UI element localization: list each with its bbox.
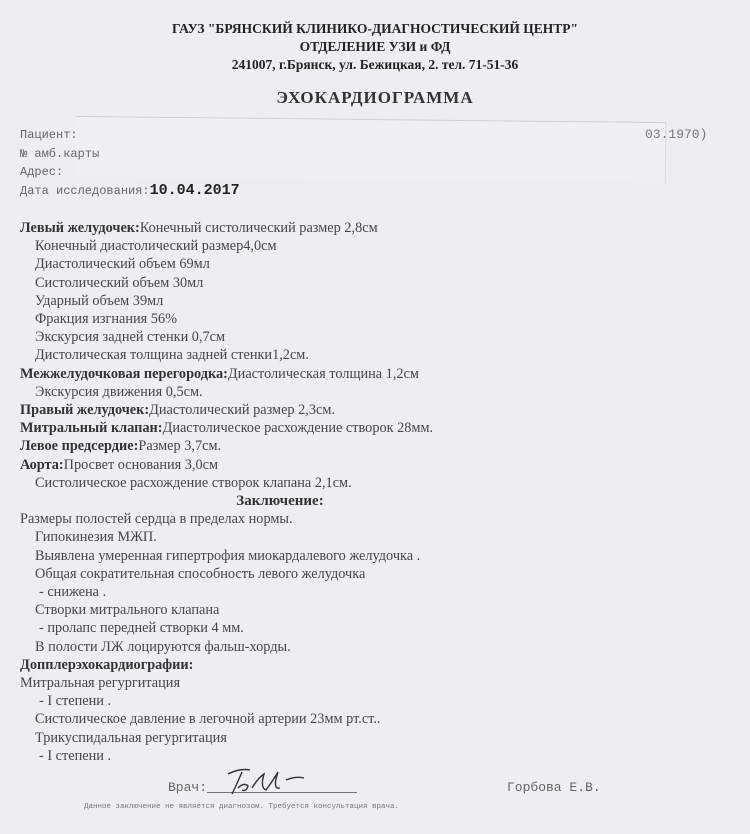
- lv-item: Систолический объем 30мл: [20, 274, 540, 292]
- handwritten-signature-icon: [220, 764, 330, 798]
- report-body: Левый желудочек:Конечный систолический р…: [20, 219, 540, 765]
- ivs-section: Межжелудочковая перегородка:Диастолическ…: [20, 365, 540, 383]
- doctor-label: Врач:: [168, 780, 207, 795]
- dob-visible-tail: 03.1970): [645, 127, 707, 142]
- conclusion-line: - пролапс передней створки 4 мм.: [20, 619, 540, 637]
- org-address: 241007, г.Брянск, ул. Бежицкая, 2. тел. …: [0, 56, 750, 74]
- lv-section: Левый желудочек:Конечный систолический р…: [20, 219, 540, 237]
- doctor-name: Горбова Е.В.: [507, 780, 601, 795]
- doppler-line: - I степени .: [20, 692, 540, 710]
- study-date-label: Дата исследования:: [20, 182, 150, 201]
- conclusion-title: Заключение:: [20, 492, 540, 510]
- conclusion-line: - снижена .: [20, 583, 540, 601]
- conclusion-line: Общая сократительная способность левого …: [20, 565, 540, 583]
- document-header: ГАУЗ "БРЯНСКИЙ КЛИНИКО-ДИАГНОСТИЧЕСКИЙ Ц…: [0, 20, 750, 74]
- department: ОТДЕЛЕНИЕ УЗИ и ФД: [0, 38, 750, 56]
- aorta-item: Систолическое расхождение створок клапан…: [20, 474, 540, 492]
- lv-item: Дистолическая толщина задней стенки1,2см…: [20, 346, 540, 364]
- study-date-value: 10.04.2017: [150, 182, 240, 199]
- rv-section: Правый желудочек:Диастолический размер 2…: [20, 401, 540, 419]
- org-name: ГАУЗ "БРЯНСКИЙ КЛИНИКО-ДИАГНОСТИЧЕСКИЙ Ц…: [0, 20, 750, 38]
- address-label: Адрес:: [20, 163, 63, 182]
- doppler-line: - I степени .: [20, 747, 540, 765]
- patient-label: Пациент:: [20, 126, 78, 145]
- lv-item: Фракция изгнания 56%: [20, 310, 540, 328]
- conclusion-line: Гипокинезия МЖП.: [20, 528, 540, 546]
- patient-info: Пациент: № амб.карты Адрес: Дата исследо…: [20, 126, 240, 200]
- doppler-title: Допплерэхокардиографии:: [20, 657, 193, 673]
- lv-item: Ударный объем 39мл: [20, 292, 540, 310]
- la-section: Левое предсердие:Размер 3,7см.: [20, 437, 540, 455]
- document-title: ЭХОКАРДИОГРАММА: [0, 88, 750, 108]
- mv-section: Митральный клапан:Диастолическое расхожд…: [20, 419, 540, 437]
- lv-item: Диастолический объем 69мл: [20, 255, 540, 273]
- lv-item: Конечный диастолический размер4,0см: [20, 237, 540, 255]
- conclusion-line: В полости ЛЖ лоцируются фальш-хорды.: [20, 638, 540, 656]
- aorta-section: Аорта:Просвет основания 3,0см: [20, 456, 540, 474]
- conclusion-line: Выявлена умеренная гипертрофия миокардал…: [20, 547, 540, 565]
- ivs-item: Экскурсия движения 0,5см.: [20, 383, 540, 401]
- doppler-line: Митральная регургитация: [20, 674, 540, 692]
- disclaimer: Данное заключение не является диагнозом.…: [84, 803, 399, 811]
- lv-item: Экскурсия задней стенки 0,7см: [20, 328, 540, 346]
- doppler-line: Трикуспидальная регургитация: [20, 729, 540, 747]
- conclusion-line: Размеры полостей сердца в пределах нормы…: [20, 510, 540, 528]
- doppler-line: Систолическое давление в легочной артери…: [20, 710, 540, 728]
- conclusion-line: Створки митрального клапана: [20, 601, 540, 619]
- card-number-label: № амб.карты: [20, 145, 99, 164]
